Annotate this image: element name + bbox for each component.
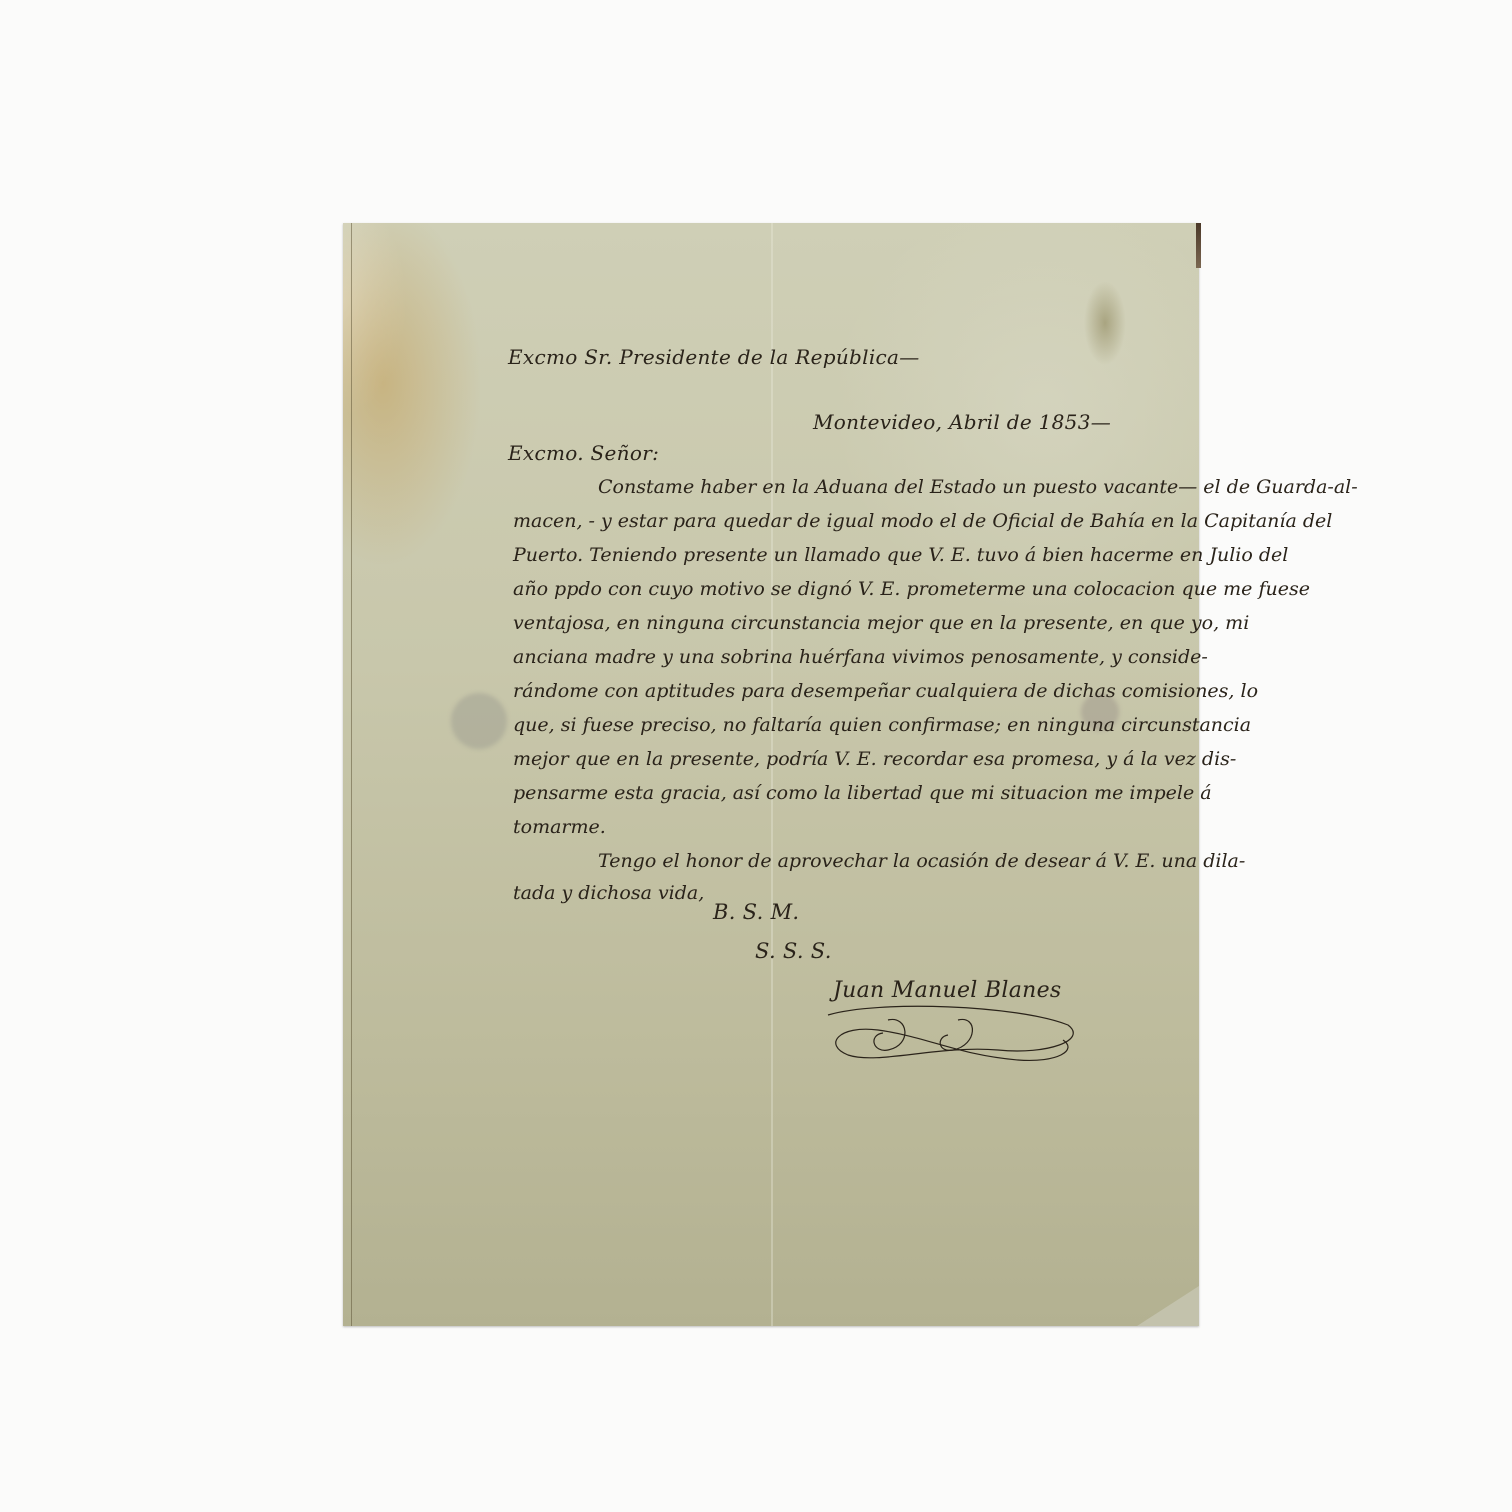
round-stain — [451, 693, 507, 749]
addressee-line: Excmo Sr. Presidente de la República— — [508, 345, 920, 369]
paper-left-edge-line — [351, 223, 352, 1326]
paper-torn-corner — [1196, 223, 1201, 268]
closing-line: tada y dichosa vida, — [513, 882, 1173, 904]
abbreviation-bsm: B. S. M. — [713, 900, 799, 924]
body-line: año ppdo con cuyo motivo se dignó V. E. … — [513, 578, 1173, 600]
body-line: rándome con aptitudes para desempeñar cu… — [513, 680, 1173, 702]
body-line: anciana madre y una sobrina huérfana viv… — [513, 646, 1173, 668]
paper-fold-crease — [771, 223, 773, 1326]
signature-flourish-icon — [818, 995, 1083, 1075]
body-line: que, si fuese preciso, no faltaría quien… — [513, 714, 1173, 736]
letter-paper: Excmo Sr. Presidente de la República— Mo… — [343, 223, 1199, 1326]
body-line: pensarme esta gracia, así como la libert… — [513, 782, 1173, 804]
body-line: Constame haber en la Aduana del Estado u… — [598, 476, 1173, 498]
closing-line: Tengo el honor de aprovechar la ocasión … — [598, 850, 1173, 872]
body-line: mejor que en la presente, podría V. E. r… — [513, 748, 1173, 770]
body-line: macen, - y estar para quedar de igual mo… — [513, 510, 1173, 532]
place-date: Montevideo, Abril de 1853— — [813, 410, 1111, 434]
body-line: Puerto. Teniendo presente un llamado que… — [513, 544, 1173, 566]
body-line: ventajosa, en ninguna circunstancia mejo… — [513, 612, 1173, 634]
greeting: Excmo. Señor: — [508, 441, 659, 465]
folded-corner — [1137, 1286, 1199, 1326]
body-line: tomarme. — [513, 816, 1173, 838]
abbreviation-sss: S. S. S. — [755, 939, 832, 963]
